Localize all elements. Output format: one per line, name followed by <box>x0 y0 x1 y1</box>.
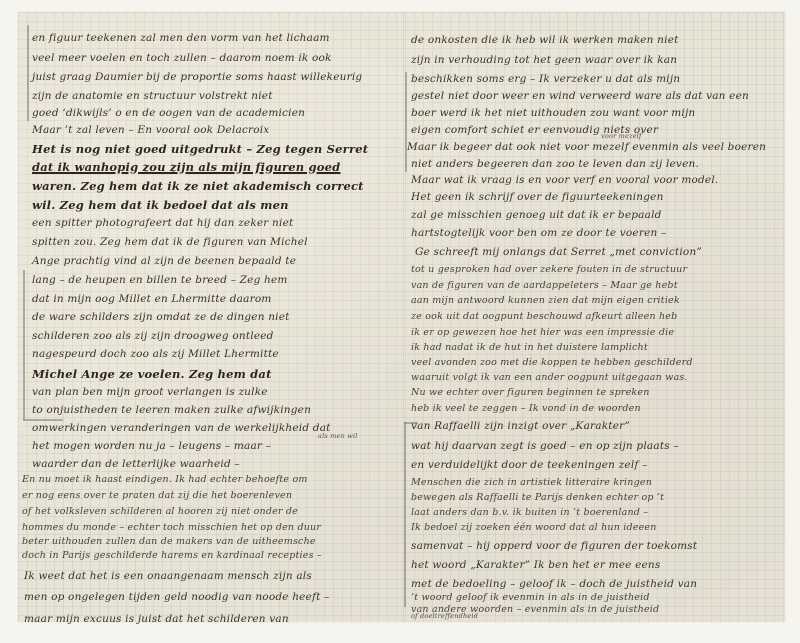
letter-line: gestel niet door weer en wind verweerd w… <box>411 90 749 102</box>
letter-line: van plan ben mijn groot verlangen is zul… <box>32 386 268 398</box>
pencil-margin-line <box>405 72 407 172</box>
letter-line: beter uithouden zullen dan de makers van… <box>22 536 316 547</box>
letter-line: tot u gesproken had over zekere fouten i… <box>411 264 687 275</box>
letter-line: wil. Zeg hem dat ik bedoel dat als men <box>32 198 289 212</box>
pencil-bracket-line <box>404 422 406 607</box>
letter-line: de ware schilders zijn omdat ze de dinge… <box>32 311 290 323</box>
letter-line: er nog eens over te praten dat zij die h… <box>22 490 292 501</box>
letter-line: zal ge misschien genoeg uit dat ik er be… <box>411 209 662 221</box>
letter-line: omwerkingen veranderingen van de werkeli… <box>32 422 331 434</box>
letter-line: en verduidelijkt door de teekeningen zel… <box>411 459 647 471</box>
letter-line: hartstogtelijk voor ben om ze door te vo… <box>411 227 666 239</box>
letter-line: zijn de anatomie en structuur volstrekt … <box>32 90 273 102</box>
letter-line: Maar wat ik vraag is en voor verf en voo… <box>411 174 718 186</box>
letter-line: hommes du monde – echter toch misschien … <box>22 522 321 533</box>
letter-line: to onjuistheden te leeren maken zulke af… <box>32 404 311 416</box>
letter-line: Het is nog niet goed uitgedrukt – Zeg te… <box>32 142 368 156</box>
letter-scan: en figuur teekenen zal men den vorm van … <box>0 0 800 643</box>
letter-line: beschikken soms erg – Ik verzeker u dat … <box>411 73 680 85</box>
letter-line: de onkosten die ik heb wil ik werken mak… <box>411 34 679 46</box>
letter-line: van de figuren van de aardappeleters – M… <box>411 280 678 291</box>
letter-line: wat hij daarvan zegt is goed – en op zij… <box>411 440 679 452</box>
letter-line: ik had nadat ik de hut in het duistere l… <box>411 342 648 353</box>
letter-line: spitten zou. Zeg hem dat ik de figuren v… <box>32 236 308 248</box>
letter-line: of het volksleven schilderen al hooren z… <box>22 506 298 517</box>
letter-line: Menschen die zich in artistiek litterair… <box>411 477 652 488</box>
pencil-margin-line <box>27 25 29 121</box>
letter-line: met de bedoeling – geloof ik – doch de j… <box>411 578 697 590</box>
letter-line: niet anders begeeren dan zoo te leven da… <box>411 158 699 170</box>
letter-line: veel avonden zoo met die koppen te hebbe… <box>411 357 693 368</box>
letter-line: goed ‘dikwijls’ o en de oogen van de aca… <box>32 107 305 119</box>
letter-line: lang – de heupen en billen te breed – Ze… <box>32 274 288 286</box>
letter-line: bewegen als Raffaelli te Parijs denken e… <box>411 492 664 503</box>
letter-line: En nu moet ik haast eindigen. Ik had ech… <box>22 474 308 485</box>
letter-line: ze ook uit dat oogpunt beschouwd afkeurt… <box>411 311 677 322</box>
letter-line: veel meer voelen en toch zullen – daarom… <box>32 52 332 64</box>
letter-line: Maar ’t zal leven – En vooral ook Delacr… <box>32 124 269 136</box>
letter-line: Michel Ange ze voelen. Zeg hem dat <box>32 367 272 381</box>
letter-line: Nu we echter over figuren beginnen te sp… <box>411 387 650 398</box>
letter-line: een spitter photografeert dat hij dan ze… <box>32 217 293 229</box>
letter-line: boer werd ik het niet uithouden zou want… <box>411 107 695 119</box>
interlinear-note: of doeltreffendheid <box>411 612 478 620</box>
interlinear-note: voor mezelf <box>601 132 642 140</box>
left-page: en figuur teekenen zal men den vorm van … <box>18 12 403 622</box>
letter-line: Ge schreeft mij onlangs dat Serret „met … <box>415 246 702 258</box>
right-page: de onkosten die ik heb wil ik werken mak… <box>405 12 785 622</box>
letter-line: dat in mijn oog Millet en Lhermitte daar… <box>32 293 272 305</box>
letter-line: het mogen worden nu ja – leugens – maar … <box>32 440 271 452</box>
letter-line: ik er op gewezen hoe het hier was een im… <box>411 327 674 338</box>
letter-line: zijn in verhouding tot het geen waar ove… <box>411 54 677 66</box>
interlinear-note: als men wil <box>318 432 358 440</box>
pencil-bracket-base <box>23 419 63 421</box>
letter-line: nagespeurd doch zoo als zij Millet Lherm… <box>32 348 279 360</box>
letter-line: en figuur teekenen zal men den vorm van … <box>32 32 330 44</box>
letter-line: doch in Parijs geschilderde harems en ka… <box>22 550 322 561</box>
letter-line: schilderen zoo als zij zijn droogweg ont… <box>32 330 274 342</box>
letter-line: ’t woord geloof ik evenmin in als in de … <box>411 592 650 603</box>
letter-line: het woord „Karakter” Ik ben het er mee e… <box>411 559 660 571</box>
letter-line: dat ik wanhopig zou zijn als mijn figure… <box>32 160 340 174</box>
pencil-bracket-line <box>23 270 25 420</box>
letter-line: waaruit volgt ik van een ander oogpunt u… <box>411 372 688 383</box>
letter-line: Ik weet dat het is een onaangenaam mensc… <box>24 570 312 582</box>
letter-line: aan mijn antwoord kunnen zien dat mijn e… <box>411 295 680 306</box>
letter-line: waren. Zeg hem dat ik ze niet akademisch… <box>32 179 364 193</box>
letter-line: samenvat – hij opperd voor de figuren de… <box>411 540 697 552</box>
letter-line: Ange prachtig vind al zijn de beenen bep… <box>32 255 296 267</box>
letter-line: Maar ik begeer dat ook niet voor mezelf … <box>407 141 766 153</box>
letter-line: Ik bedoel zij zoeken één woord dat al hu… <box>411 522 657 533</box>
letter-line: laat anders dan b.v. ik buiten in ’t boe… <box>411 507 648 518</box>
letter-line: men op ongelegen tijden geld noodig van … <box>24 591 330 603</box>
letter-line: Het geen ik schrijf over de figuurteeken… <box>411 191 664 203</box>
letter-line: heb ik veel te zeggen – Ik vond in de wo… <box>411 403 641 414</box>
letter-line: juist graag Daumier bij de proportie som… <box>32 71 362 83</box>
letter-line: waarder dan de letterlijke waarheid – <box>32 458 240 470</box>
letter-line: maar mijn excuus is juist dat het schild… <box>24 613 289 625</box>
letter-line: van Raffaelli zijn inzigt over „Karakter… <box>411 420 630 432</box>
letter-sheet: en figuur teekenen zal men den vorm van … <box>18 12 785 622</box>
